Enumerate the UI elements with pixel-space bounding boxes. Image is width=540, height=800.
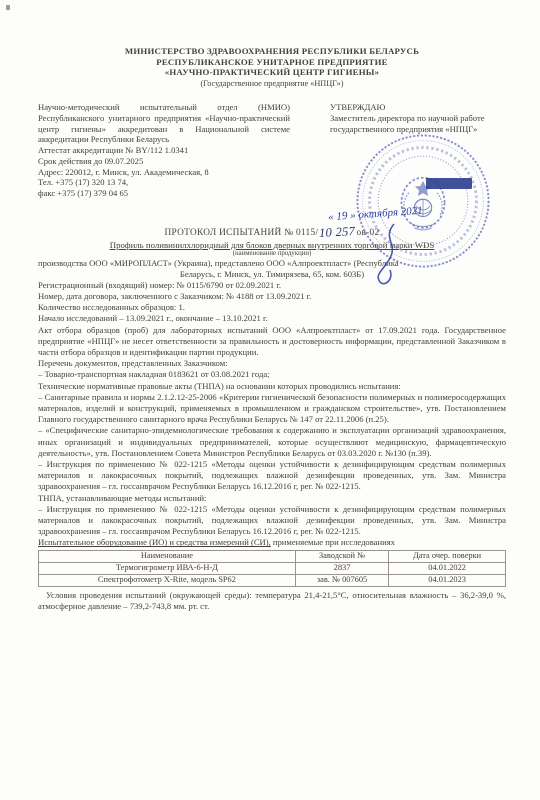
equipment-caption-rest: применяемые при исследованиях: [271, 537, 395, 547]
instruction-paragraph: – Инструкция по применению № 022-1215 «М…: [38, 459, 506, 493]
equipment-serial-cell: зав. № 007605: [295, 574, 388, 586]
equipment-table: Наименование Заводской № Дата очер. пове…: [38, 550, 506, 587]
accreditation-block: Научно-методический испытательный отдел …: [38, 102, 290, 198]
equipment-caption-underlined: Испытательное оборудование (ИО) и средст…: [38, 537, 271, 547]
ministry-line: МИНИСТЕРСТВО ЗДРАВООХРАНЕНИЯ РЕСПУБЛИКИ …: [38, 46, 506, 57]
address-line: Адрес: 220012, г. Минск, ул. Академическ…: [38, 167, 290, 178]
approver-name-highlight: [426, 178, 472, 189]
documents-list-heading: Перечень документов, представленных Зака…: [38, 358, 506, 369]
equipment-name-cell: Спектрофотометр X-Rite, модель SP62: [39, 574, 296, 586]
protocol-body: Регистрационный (входящий) номер: № 0115…: [38, 280, 506, 538]
col-header-verification-date: Дата очер. поверки: [389, 550, 506, 562]
approval-block: УТВЕРЖДАЮ Заместитель директора по научн…: [330, 102, 506, 198]
waybill-line: – Товарно-транспортная накладная 0183621…: [38, 369, 506, 380]
table-row: Термогигрометр ИВА-6-Н-Д 2837 04.01.2022: [39, 562, 506, 574]
tnpa-methods-heading: ТНПА, устанавливающие методы испытаний:: [38, 493, 506, 504]
accreditation-approval-block: Научно-методический испытательный отдел …: [38, 102, 506, 198]
accreditation-paragraph: Научно-методический испытательный отдел …: [38, 102, 290, 145]
samples-count-line: Количество исследованных образцов: 1.: [38, 302, 506, 313]
accreditation-certificate: Аттестат аккредитации № BY/112 1.0341: [38, 145, 290, 156]
equipment-date-cell: 04.01.2023: [389, 574, 506, 586]
center-name-line: «НАУЧНО-ПРАКТИЧЕСКИЙ ЦЕНТР ГИГИЕНЫ»: [38, 67, 506, 78]
equipment-name-cell: Термогигрометр ИВА-6-Н-Д: [39, 562, 296, 574]
tnpa-basis-heading: Технические нормативные правовые акты (Т…: [38, 381, 506, 392]
instruction-methods-paragraph: – Инструкция по применению № 022-1215 «М…: [38, 504, 506, 538]
signature-icon: [364, 220, 434, 292]
manufacturer-line-2: Беларусь, г. Минск, ул. Тимирязева, 65, …: [38, 269, 506, 280]
letterhead: МИНИСТЕРСТВО ЗДРАВООХРАНЕНИЯ РЕСПУБЛИКИ …: [38, 46, 506, 89]
manufacturer-line-1: производства ООО «МИРОПЛАСТ» (Украина), …: [38, 258, 506, 269]
product-name-caption: (наименование продукции): [38, 250, 506, 258]
scan-artifact: [6, 5, 10, 10]
equipment-serial-cell: 2837: [295, 562, 388, 574]
sampling-act-paragraph: Акт отбора образцов (проб) для лаборатор…: [38, 325, 506, 359]
contract-line: Номер, дата договора, заключенного с Зак…: [38, 291, 506, 302]
col-header-serial: Заводской №: [295, 550, 388, 562]
handwritten-protocol-number: 10 257: [319, 224, 356, 241]
table-row: Спектрофотометр X-Rite, модель SP62 зав.…: [39, 574, 506, 586]
equipment-table-caption: Испытательное оборудование (ИО) и средст…: [38, 537, 506, 548]
test-conditions-paragraph: Условия проведения испытаний (окружающей…: [38, 590, 506, 612]
fax-line: факс +375 (17) 379 04 65: [38, 188, 290, 199]
specific-requirements-paragraph: – «Специфические санитарно-эпидемиологич…: [38, 425, 506, 459]
protocol-title: ПРОТОКОЛ ИСПЫТАНИЙ № 0115/10 257ов-02: [38, 225, 506, 238]
phone-line: Тел. +375 (17) 320 13 74,: [38, 177, 290, 188]
equipment-table-header-row: Наименование Заводской № Дата очер. пове…: [39, 550, 506, 562]
product-name: Профиль поливинилхлоридный для блоков дв…: [38, 240, 506, 250]
registration-number-line: Регистрационный (входящий) номер: № 0115…: [38, 280, 506, 291]
scanned-protocol-page: МИНИСТЕРСТВО ЗДРАВООХРАНЕНИЯ РЕСПУБЛИКИ …: [0, 0, 540, 800]
accreditation-validity: Срок действия до 09.07.2025: [38, 156, 290, 167]
approver-title: Заместитель директора по научной работе …: [330, 113, 506, 134]
research-dates-line: Начало исследований – 13.09.2021 г., око…: [38, 313, 506, 324]
enterprise-line: РЕСПУБЛИКАНСКОЕ УНИТАРНОЕ ПРЕДПРИЯТИЕ: [38, 57, 506, 68]
equipment-date-cell: 04.01.2022: [389, 562, 506, 574]
sanitary-rules-paragraph: – Санитарные правила и нормы 2.1.2.12-25…: [38, 392, 506, 426]
col-header-name: Наименование: [39, 550, 296, 562]
document-content: МИНИСТЕРСТВО ЗДРАВООХРАНЕНИЯ РЕСПУБЛИКИ …: [38, 46, 506, 612]
state-enterprise-line: (Государственное предприятие «НПЦГ»): [38, 79, 506, 90]
protocol-title-prefix: ПРОТОКОЛ ИСПЫТАНИЙ № 0115/: [165, 228, 319, 238]
approve-label: УТВЕРЖДАЮ: [330, 102, 506, 113]
